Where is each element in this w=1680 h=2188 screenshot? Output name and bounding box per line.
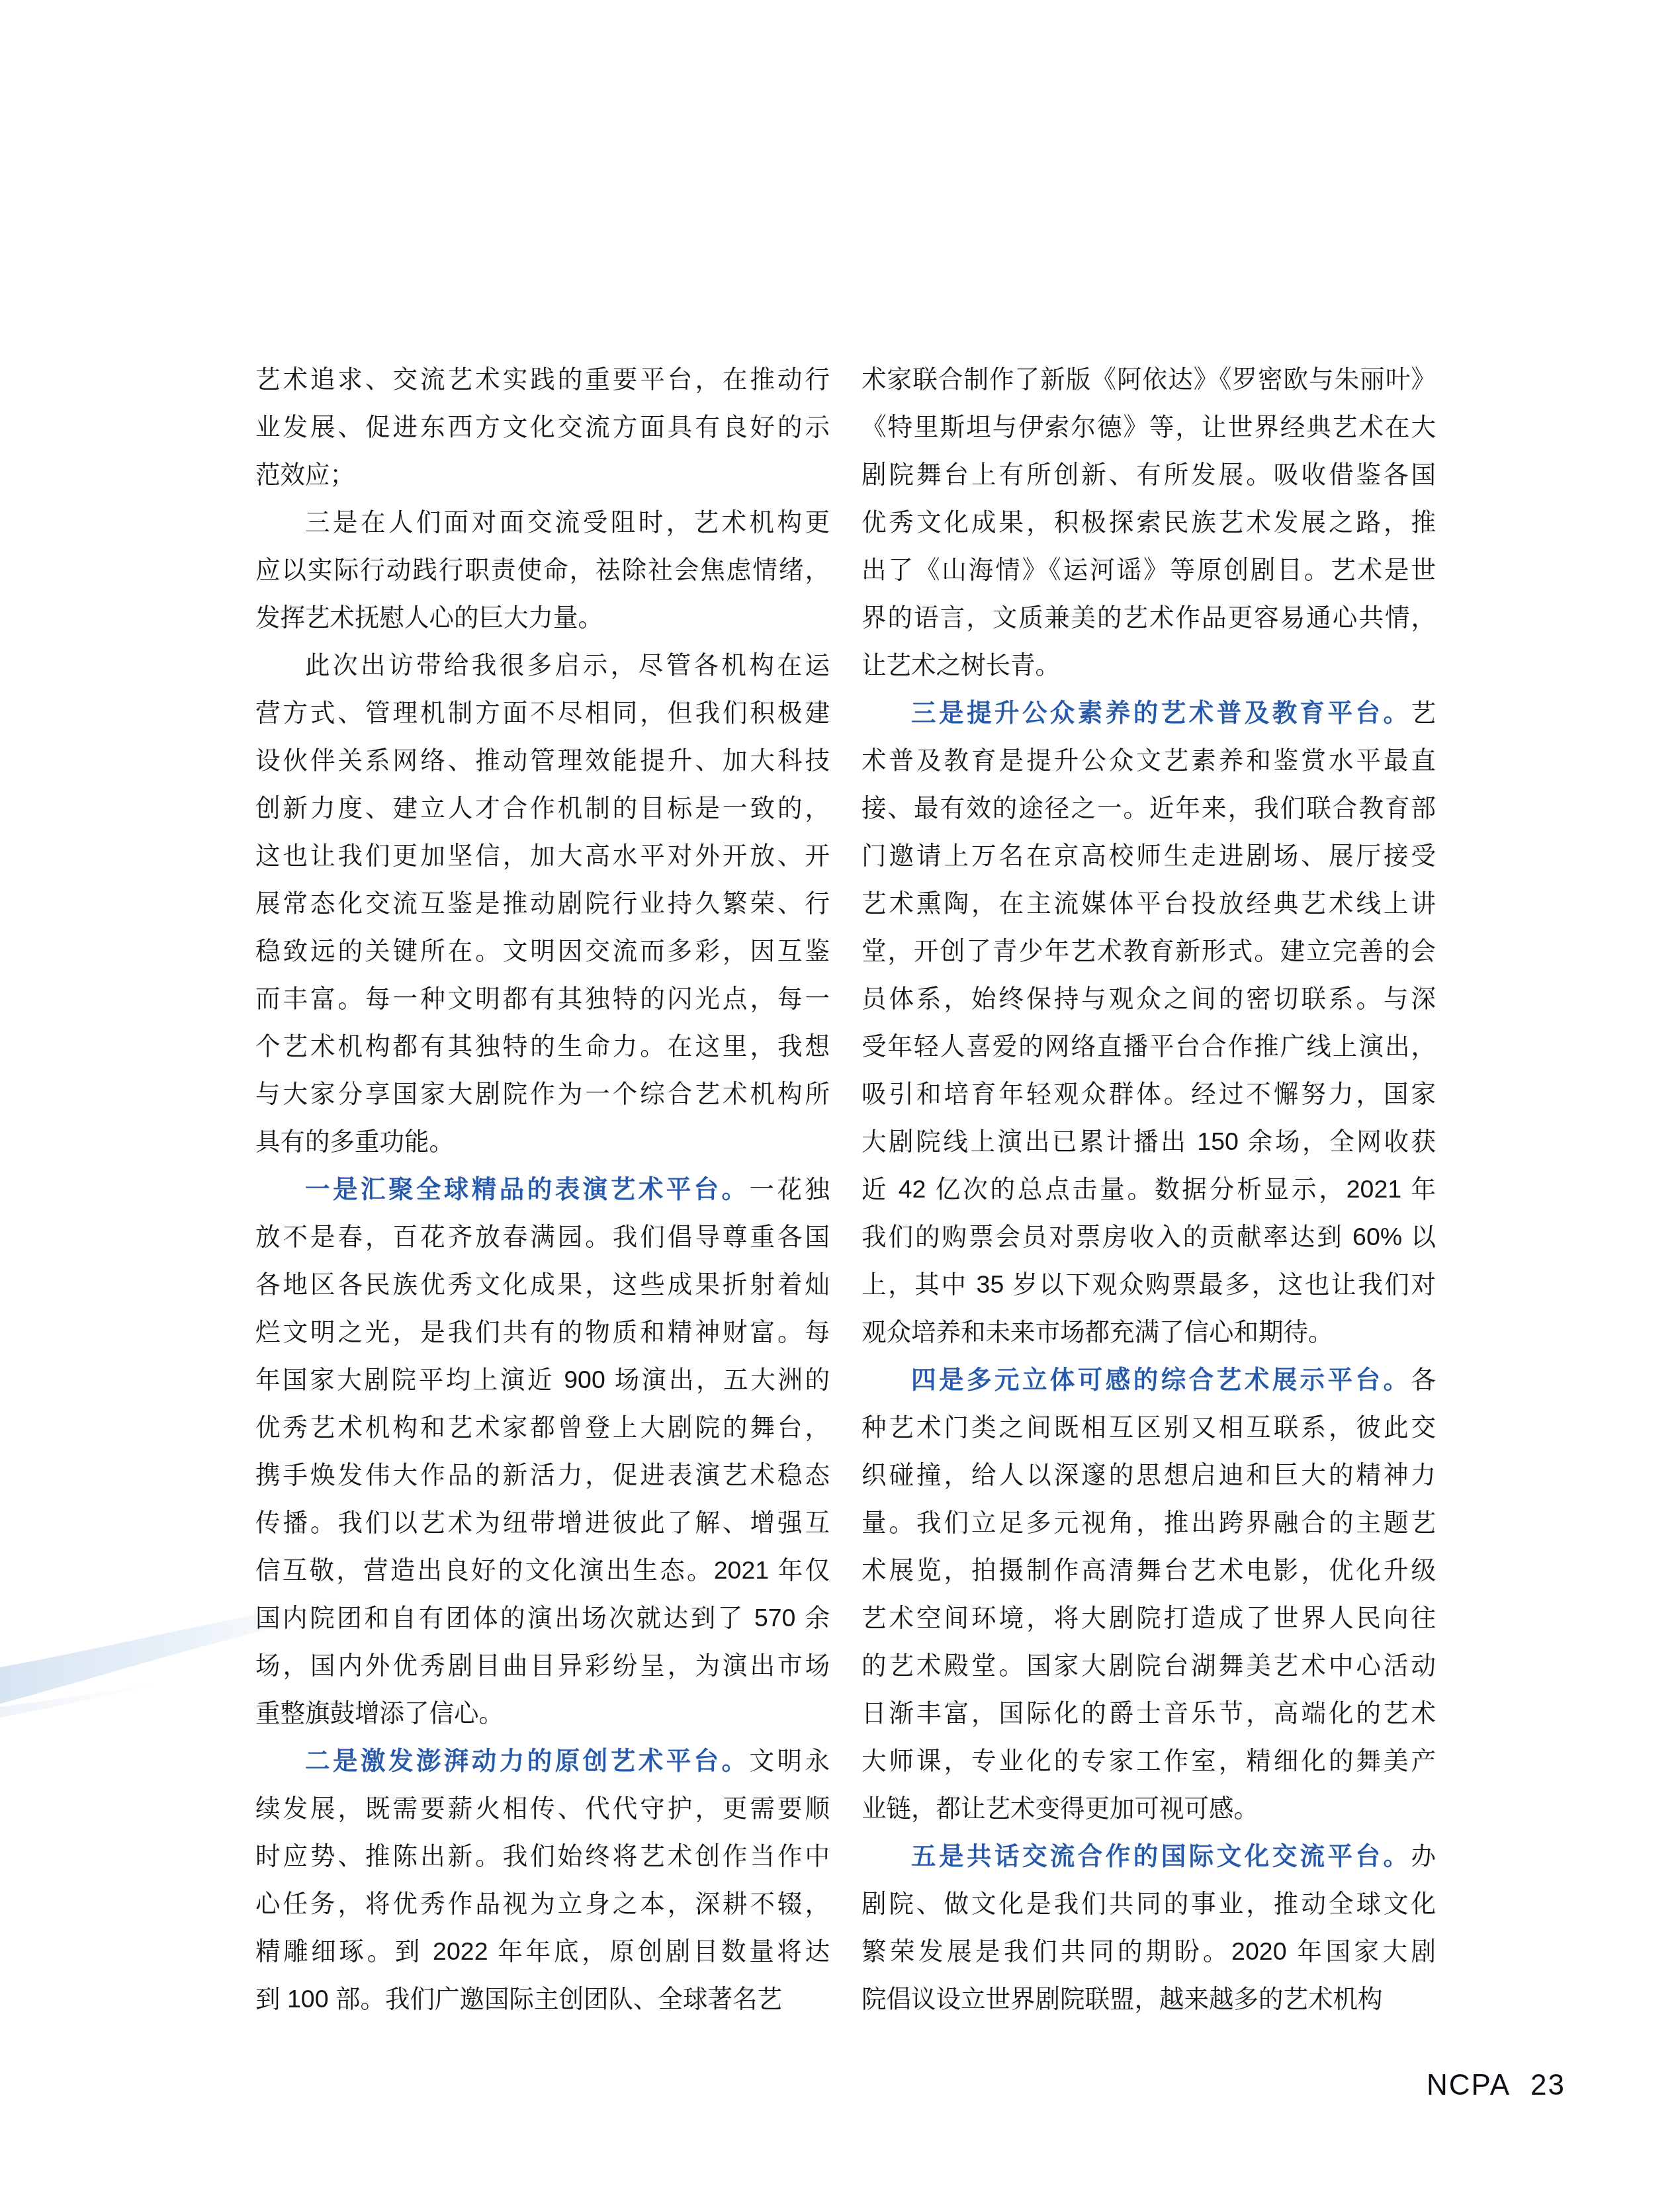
text-line: 放不是春，百花齐放春满园。我们倡导尊重各国 <box>255 1213 830 1260</box>
text-line: 信互敬，营造出良好的文化演出生态。2021 年仅 <box>255 1546 830 1594</box>
text-line: 吸引和培育年轻观众群体。经过不懈努力，国家 <box>862 1070 1436 1117</box>
text-line: 展常态化交流互鉴是推动剧院行业持久繁荣、行 <box>255 879 830 927</box>
text-line: 重整旗鼓增添了信心。 <box>255 1689 830 1737</box>
text-column-left: 艺术追求、交流艺术实践的重要平台，在推动行业发展、促进东西方文化交流方面具有良好… <box>255 355 830 2023</box>
text-line: 精雕细琢。到 2022 年年底，原创剧目数量将达 <box>255 1927 830 1975</box>
text-line: 院倡议设立世界剧院联盟，越来越多的艺术机构 <box>862 1975 1436 2023</box>
text-line: 各地区各民族优秀文化成果，这些成果折射着灿 <box>255 1260 830 1308</box>
text-line: 术家联合制作了新版《阿依达》《罗密欧与朱丽叶》 <box>862 355 1436 403</box>
text-line: 日渐丰富，国际化的爵士音乐节，高端化的艺术 <box>862 1689 1436 1737</box>
footer-page-number: 23 <box>1530 2069 1566 2101</box>
text-line: 年国家大剧院平均上演近 900 场演出，五大洲的 <box>255 1356 830 1403</box>
text-line: 营方式、管理机制方面不尽相同，但我们积极建 <box>255 689 830 736</box>
text-line: 观众培养和未来市场都充满了信心和期待。 <box>862 1308 1436 1356</box>
text-line: 创新力度、建立人才合作机制的目标是一致的， <box>255 784 830 832</box>
text-line: 优秀艺术机构和艺术家都曾登上大剧院的舞台， <box>255 1403 830 1451</box>
text-line: 界的语言，文质兼美的艺术作品更容易通心共情， <box>862 593 1436 641</box>
text-line: 上，其中 35 岁以下观众购票最多，这也让我们对 <box>862 1260 1436 1308</box>
text-line: 术展览，拍摄制作高清舞台艺术电影，优化升级 <box>862 1546 1436 1594</box>
footer-brand: NCPA <box>1427 2069 1511 2101</box>
section-heading: 四是多元立体可感的综合艺术展示平台。 <box>911 1366 1411 1393</box>
text-line: 携手焕发伟大作品的新活力，促进表演艺术稳态 <box>255 1451 830 1499</box>
swoosh-wisp <box>0 1681 172 1718</box>
text-line: 艺术熏陶，在主流媒体平台投放经典艺术线上讲 <box>862 879 1436 927</box>
text-line: 而丰富。每一种文明都有其独特的闪光点，每一 <box>255 975 830 1022</box>
text-line: 员体系，始终保持与观众之间的密切联系。与深 <box>862 975 1436 1022</box>
text-line: 时应势、推陈出新。我们始终将艺术创作当作中 <box>255 1832 830 1880</box>
text-line-with-section-heading: 一是汇聚全球精品的表演艺术平台。一花独 <box>255 1165 830 1213</box>
text-line: 受年轻人喜爱的网络直播平台合作推广线上演出， <box>862 1022 1436 1070</box>
text-line: 个艺术机构都有其独特的生命力。在这里，我想 <box>255 1022 830 1070</box>
text-line: 这也让我们更加坚信，加大高水平对外开放、开 <box>255 832 830 879</box>
text-line: 到 100 部。我们广邀国际主创团队、全球著名艺 <box>255 1975 830 2023</box>
text-line: 近 42 亿次的总点击量。数据分析显示，2021 年 <box>862 1165 1436 1213</box>
text-line: 优秀文化成果，积极探索民族艺术发展之路，推 <box>862 498 1436 546</box>
text-line: 大剧院线上演出已累计播出 150 余场，全网收获 <box>862 1117 1436 1165</box>
text-line: 织碰撞，给人以深邃的思想启迪和巨大的精神力 <box>862 1451 1436 1499</box>
text-line: 艺术空间环境，将大剧院打造成了世界人民向往 <box>862 1594 1436 1641</box>
text-line: 范效应； <box>255 451 830 498</box>
text-line: 传播。我们以艺术为纽带增进彼此了解、增强互 <box>255 1499 830 1546</box>
text-line: 国内院团和自有团体的演出场次就达到了 570 余 <box>255 1594 830 1641</box>
text-line: 接、最有效的途径之一。近年来，我们联合教育部 <box>862 784 1436 832</box>
section-heading: 三是提升公众素养的艺术普及教育平台。 <box>911 699 1411 726</box>
text-line: 种艺术门类之间既相互区别又相互联系，彼此交 <box>862 1403 1436 1451</box>
text-line: 业链，都让艺术变得更加可视可感。 <box>862 1784 1436 1832</box>
text-line: 《特里斯坦与伊索尔德》等，让世界经典艺术在大 <box>862 403 1436 451</box>
text-line: 的艺术殿堂。国家大剧院台湖舞美艺术中心活动 <box>862 1641 1436 1689</box>
text-line: 出了《山海情》《运河谣》等原创剧目。艺术是世 <box>862 546 1436 593</box>
text-line-with-section-heading: 二是激发澎湃动力的原创艺术平台。文明永 <box>255 1737 830 1784</box>
text-line: 三是在人们面对面交流受阻时，艺术机构更 <box>255 498 830 546</box>
text-line: 设伙伴关系网络、推动管理效能提升、加大科技 <box>255 736 830 784</box>
section-heading: 五是共话交流合作的国际文化交流平台。 <box>911 1842 1411 1870</box>
text-line: 艺术追求、交流艺术实践的重要平台，在推动行 <box>255 355 830 403</box>
text-line: 量。我们立足多元视角，推出跨界融合的主题艺 <box>862 1499 1436 1546</box>
text-line: 繁荣发展是我们共同的期盼。2020 年国家大剧 <box>862 1927 1436 1975</box>
text-line: 心任务，将优秀作品视为立身之本，深耕不辍， <box>255 1880 830 1927</box>
text-line: 剧院舞台上有所创新、有所发展。吸收借鉴各国 <box>862 451 1436 498</box>
section-heading: 二是激发澎湃动力的原创艺术平台。 <box>305 1747 750 1774</box>
text-line: 门邀请上万名在京高校师生走进剧场、展厅接受 <box>862 832 1436 879</box>
text-line: 续发展，既需要薪火相传、代代守护，更需要顺 <box>255 1784 830 1832</box>
page-footer: NCPA23 <box>1427 2067 1566 2104</box>
text-line: 与大家分享国家大剧院作为一个综合艺术机构所 <box>255 1070 830 1117</box>
text-line: 稳致远的关键所在。文明因交流而多彩，因互鉴 <box>255 927 830 975</box>
text-line: 具有的多重功能。 <box>255 1117 830 1165</box>
section-heading: 一是汇聚全球精品的表演艺术平台。 <box>305 1175 750 1203</box>
text-line: 此次出访带给我很多启示，尽管各机构在运 <box>255 641 830 689</box>
text-line-with-section-heading: 三是提升公众素养的艺术普及教育平台。艺 <box>862 689 1436 736</box>
text-line: 术普及教育是提升公众文艺素养和鉴赏水平最直 <box>862 736 1436 784</box>
text-line: 剧院、做文化是我们共同的事业，推动全球文化 <box>862 1880 1436 1927</box>
text-line: 让艺术之树长青。 <box>862 641 1436 689</box>
text-line: 场，国内外优秀剧目曲目异彩纷呈，为演出市场 <box>255 1641 830 1689</box>
text-line: 应以实际行动践行职责使命，祛除社会焦虑情绪， <box>255 546 830 593</box>
text-line: 大师课，专业化的专家工作室，精细化的舞美产 <box>862 1737 1436 1784</box>
text-line-with-section-heading: 四是多元立体可感的综合艺术展示平台。各 <box>862 1356 1436 1403</box>
text-line: 堂，开创了青少年艺术教育新形式。建立完善的会 <box>862 927 1436 975</box>
text-line: 我们的购票会员对票房收入的贡献率达到 60% 以 <box>862 1213 1436 1260</box>
text-line: 烂文明之光，是我们共有的物质和精神财富。每 <box>255 1308 830 1356</box>
text-column-right: 术家联合制作了新版《阿依达》《罗密欧与朱丽叶》《特里斯坦与伊索尔德》等，让世界经… <box>862 355 1436 2023</box>
text-line: 发挥艺术抚慰人心的巨大力量。 <box>255 593 830 641</box>
text-line-with-section-heading: 五是共话交流合作的国际文化交流平台。办 <box>862 1832 1436 1880</box>
text-line: 业发展、促进东西方文化交流方面具有良好的示 <box>255 403 830 451</box>
magazine-page: 艺术追求、交流艺术实践的重要平台，在推动行业发展、促进东西方文化交流方面具有良好… <box>0 0 1680 2188</box>
